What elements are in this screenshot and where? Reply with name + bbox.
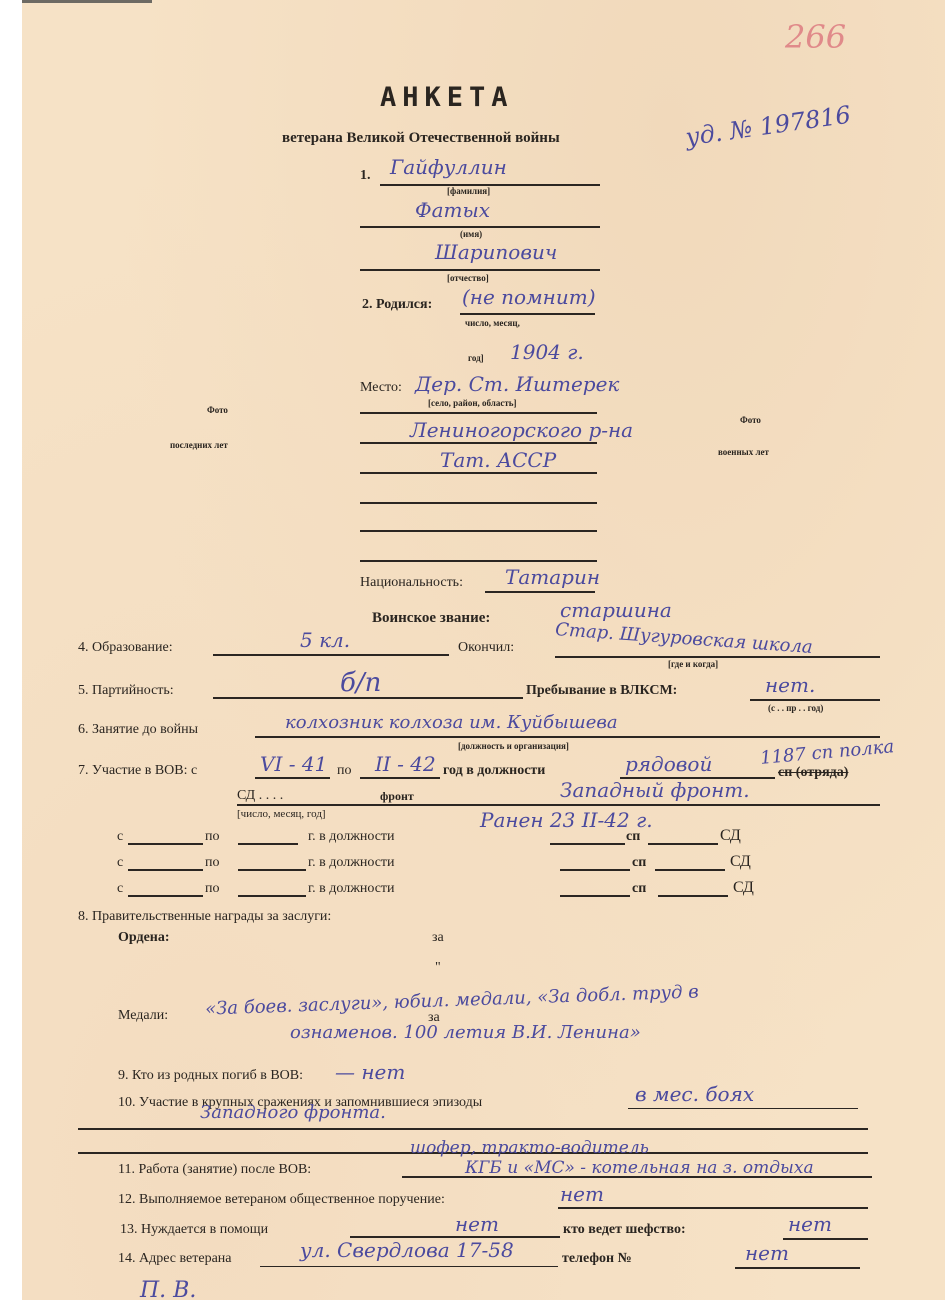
patron-value: нет [788,1212,832,1236]
patronymic-caption: [отчество] [447,273,489,283]
prewar-value: колхозник колхоза им. Куйбышева [285,712,618,733]
battles-value-1: в мес. боях [635,1082,754,1106]
row-position-label: г. в должности [308,881,395,897]
place-caption: [село, район, область] [428,398,517,408]
patronymic-value: Шарипович [435,240,557,264]
row-from-line [128,869,203,871]
row-sd-label: СД [720,827,741,845]
row-sd-line [658,895,728,897]
nationality-value: Татарин [505,565,600,589]
address-value: ул. Свердлова 17-58 [300,1238,514,1262]
row-to-label: по [205,881,220,897]
ww2-to-line [360,777,440,779]
patron-label: кто ведет шефство: [563,1222,686,1238]
field-number-1: 1. [360,168,371,184]
phone-line [735,1267,860,1269]
help-label: 13. Нуждается в помощи [120,1222,268,1238]
postwar-value-1: шофер, тракто-водитель [410,1138,649,1158]
nationality-label: Национальность: [360,575,463,591]
row-sp-line [560,869,630,871]
address-line [260,1266,558,1267]
place-value-3: Тат. АССР [440,448,556,472]
first-name-caption: (имя) [460,229,482,239]
education-value: 5 кл. [300,628,350,652]
komsomol-caption: (с . . пр . . год) [768,703,823,713]
medals-value-2: ознаменов. 100 летия В.И. Ленина» [290,1022,641,1043]
rank-label: Воинское звание: [372,610,490,627]
row-to-line [238,843,298,845]
place-line-1 [360,412,597,414]
graduated-caption: [где и когда] [668,659,718,669]
front-value: Западный фронт. [560,778,750,802]
front-label: фронт [380,789,414,804]
row-position-label: г. в должности [308,829,395,845]
relatives-value: — нет [335,1060,405,1084]
education-line [213,654,449,656]
prewar-label: 6. Занятие до войны [78,722,198,738]
ww2-unit-label: сп (отряда) [778,765,848,781]
row-to-label: по [205,855,220,871]
row-sd-line [655,869,725,871]
row-sp-label: сп [632,881,646,897]
place-line-4 [360,502,597,504]
row-position-label: г. в должности [308,855,395,871]
komsomol-line [750,699,880,701]
row-sd-label: СД [730,853,751,871]
row-sp-label: сп [632,855,646,871]
battles-line-1 [628,1108,858,1109]
duty-label: 12. Выполняемое ветераном общественное п… [118,1192,445,1208]
party-value: б/п [340,668,381,698]
help-value: нет [455,1212,499,1236]
date-caption: [число, месяц, год] [237,808,326,820]
duty-value: нет [560,1182,604,1206]
place-line-2 [360,442,597,444]
ww2-to: II - 42 [375,752,436,776]
orders-quote: " [435,960,441,976]
row-sp-label: сп [626,829,640,845]
komsomol-label: Пребывание в ВЛКСМ: [526,683,677,699]
row-from-label: с [117,829,123,845]
row-sd-label: СД [733,879,754,897]
scan-edge [22,0,152,3]
postwar-label: 11. Работа (занятие) после ВОВ: [118,1162,311,1178]
surname-caption: [фамилия] [447,186,490,196]
ww2-from: VI - 41 [260,752,327,776]
patron-line [783,1238,868,1240]
education-label: 4. Образование: [78,640,173,656]
place-line-6 [360,560,597,562]
place-line-3 [360,472,597,474]
postwar-value-2: КГБ и «МС» - котельная на з. отдыха [465,1158,814,1178]
page-title: АНКЕТА [380,82,514,113]
row-from-line [128,895,203,897]
medals-label: Медали: [118,1008,168,1024]
ww2-position: рядовой [625,752,712,776]
prewar-caption: [должность и организация] [458,741,569,751]
sd-label: СД . . . . [237,788,283,804]
page-subtitle: ветерана Великой Отечественной войны [282,130,560,147]
year-caption: год] [468,353,484,363]
row-from-label: с [117,855,123,871]
born-line [460,313,595,315]
row-to-label: по [205,829,220,845]
first-name-line [360,226,600,228]
battles-line-2 [78,1128,868,1130]
ww2-to-label: по [337,763,352,779]
phone-label: телефон № [562,1251,632,1267]
front-line [237,804,880,806]
place-value-1: Дер. Ст. Иштерек [415,372,619,396]
ww2-position-label: год в должности [443,763,545,779]
graduated-line [555,656,880,658]
orders-za: за [432,930,444,946]
row-sp-line [560,895,630,897]
komsomol-value: нет. [765,673,815,697]
row-to-line [238,895,306,897]
row-from-label: с [117,881,123,897]
photo-right-title: Фото [740,415,761,425]
awards-label: 8. Правительственные награды за заслуги: [78,909,331,925]
relatives-label: 9. Кто из родных погиб в ВОВ: [118,1068,303,1084]
year-value: 1904 г. [510,340,584,364]
ww2-label: 7. Участие в ВОВ: с [78,763,197,779]
party-label: 5. Партийность: [78,683,174,699]
photo-right-caption: военных лет [718,447,769,457]
archive-number: 266 [785,18,846,56]
born-label: 2. Родился: [362,297,432,313]
phone-value: нет [745,1241,789,1265]
place-line-5 [360,530,597,532]
born-caption: число, месяц, [465,318,520,328]
row-sp-line [550,843,625,845]
row-from-line [128,843,203,845]
graduated-label: Окончил: [458,640,514,656]
row-to-line [238,869,306,871]
row-sd-line [648,843,718,845]
bottom-note: П. В. [140,1278,196,1300]
photo-left-caption: последних лет [170,440,228,450]
address-label: 14. Адрес ветерана [118,1251,232,1267]
rank-value: старшина [560,598,672,622]
battles-value-2: Западного фронта. [200,1102,386,1123]
orders-label: Ордена: [118,930,170,946]
duty-line [558,1207,868,1209]
ww2-from-line [255,777,330,779]
place-value-2: Лениногорского р-на [410,418,633,442]
first-name-value: Фатых [415,198,490,222]
patronymic-line [360,269,600,271]
place-label: Место: [360,380,402,396]
surname-value: Гайфуллин [390,155,507,179]
photo-left-title: Фото [207,405,228,415]
born-value: (не помнит) [462,285,596,309]
nationality-line [485,591,595,593]
prewar-line [255,736,880,738]
